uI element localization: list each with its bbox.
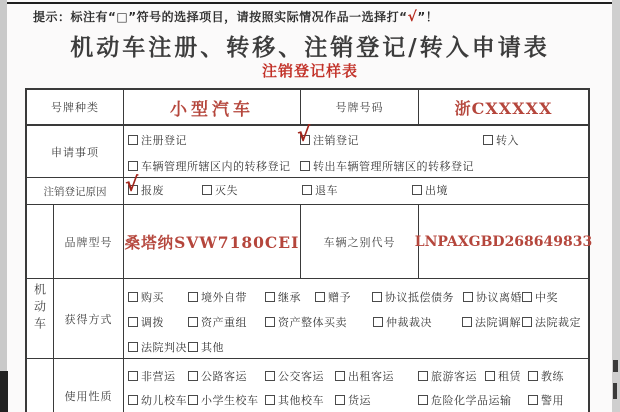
checkbox-icon — [528, 395, 538, 405]
checkbox-icon — [522, 292, 532, 302]
checkbox-icon — [412, 185, 422, 195]
checkbox-option-asset-sale[interactable]: 资产整体买卖 — [265, 314, 347, 330]
checkbox-label: 危险化学品运输 — [431, 392, 512, 408]
checkbox-icon — [188, 292, 198, 302]
option-line: 幼儿校车 小学生校车 其他校车 货运 危险化学品运输 警用 — [123, 392, 588, 408]
checkbox-icon — [188, 371, 198, 381]
checkbox-option-other-school-bus[interactable]: 其他校车 — [265, 392, 324, 408]
checkbox-label: 车辆管理所辖区内的转移登记 — [141, 158, 291, 174]
checkbox-option-inherit[interactable]: 继承 — [265, 289, 301, 305]
checkbox-option-gift[interactable]: 赠予 — [315, 289, 351, 305]
option-line: 法院判决 其他 — [123, 339, 588, 355]
checkbox-option-allocation[interactable]: 调拨 — [128, 314, 164, 330]
form-title: 机动车注册、转移、注销登记/转入申请表 — [0, 29, 620, 62]
checkbox-option-bus-passenger[interactable]: 公交客运 — [265, 368, 324, 384]
checkbox-label: 其他 — [201, 339, 224, 355]
checkbox-label: 法院调解 — [475, 314, 521, 330]
checkbox-option-taxi-passenger[interactable]: 出租客运 — [335, 368, 394, 384]
checkbox-option-kindergarten-bus[interactable]: 幼儿校车 — [128, 392, 187, 408]
brand-model-label: 品牌型号 — [54, 205, 123, 278]
checkbox-option-rental[interactable]: 租赁 — [485, 368, 521, 384]
checkbox-label: 灭失 — [215, 182, 238, 198]
checkbox-icon — [335, 395, 345, 405]
checkbox-option-arbitration[interactable]: 仲裁裁决 — [373, 314, 432, 330]
option-line: 调拨 资产重组 资产整体买卖 仲裁裁决 法院调解 法院裁定 — [123, 314, 588, 330]
form-photo: { "page": { "tip_prefix": "提示：标注有“□”符号的选… — [0, 0, 620, 412]
checkbox-label: 非营运 — [141, 368, 176, 384]
checkbox-icon — [265, 371, 275, 381]
checkbox-option-lottery[interactable]: 中奖 — [522, 289, 558, 305]
checkbox-icon — [188, 317, 198, 327]
checkbox-label: 协议离婚 — [476, 289, 522, 305]
photo-smudge — [613, 360, 618, 372]
checkbox-icon — [128, 161, 138, 171]
form-subtitle: 注销登记样表 — [0, 60, 620, 81]
checkmark-icon: √ — [297, 124, 311, 144]
tip-prefix: 提示：标注有“□”符号的选择项目，请按照实际情况作品一选择打“ — [33, 10, 408, 24]
checkbox-label: 旅游客运 — [431, 368, 477, 384]
checkbox-option-asset-restructure[interactable]: 资产重组 — [188, 314, 247, 330]
checkbox-option-register[interactable]: 注册登记 — [128, 132, 187, 148]
photo-top-rule — [7, 2, 612, 4]
usage-nature-label: 使用性质 — [54, 359, 123, 412]
cancel-reason-options: √报废 灭失 退车 出境 — [123, 177, 588, 204]
vehicle-section-label: 机动车 — [32, 283, 49, 334]
checkbox-label: 出境 — [425, 182, 448, 198]
checkbox-label: 警用 — [541, 392, 564, 408]
vin-value: LNPAXGBD268649833 — [419, 205, 588, 278]
checkbox-label: 公交客运 — [278, 368, 324, 384]
cancel-reason-label: 注销登记原因 — [27, 178, 123, 204]
checkbox-icon: √ — [128, 185, 138, 195]
checkbox-option-freight[interactable]: 货运 — [335, 392, 371, 408]
checkbox-label: 退车 — [315, 182, 338, 198]
checkbox-icon — [483, 135, 493, 145]
checkbox-icon — [302, 185, 312, 195]
plate-number-label: 号牌号码 — [301, 90, 418, 124]
plate-type-value: 小型汽车 — [124, 90, 300, 124]
checkbox-option-transfer-in[interactable]: 转入 — [483, 132, 519, 148]
checkbox-label: 转出车辆管理所辖区的转移登记 — [313, 158, 474, 174]
checkbox-option-court-ruling[interactable]: 法院裁定 — [522, 314, 581, 330]
checkbox-label: 资产整体买卖 — [278, 314, 347, 330]
checkbox-icon — [522, 317, 532, 327]
checkbox-label: 租赁 — [498, 368, 521, 384]
checkbox-icon — [265, 292, 275, 302]
usage-nature-options: 非营运 公路客运 公交客运 出租客运 旅游客运 租赁 教练 幼儿校车 小学生校车… — [123, 358, 588, 412]
checkbox-option-purchase[interactable]: 购买 — [128, 289, 164, 305]
tip-suffix: ”！ — [417, 10, 438, 24]
checkbox-option-exit-country[interactable]: 出境 — [412, 182, 448, 198]
checkbox-option-court-judgment[interactable]: 法院判决 — [128, 339, 187, 355]
tip-text: 提示：标注有“□”符号的选择项目，请按照实际情况作品一选择打“√”！ — [33, 8, 438, 25]
vin-label: 车辆之别代号 — [301, 205, 418, 278]
checkbox-label: 转入 — [496, 132, 519, 148]
checkbox-option-transfer-within[interactable]: 车辆管理所辖区内的转移登记 — [128, 158, 291, 174]
checkbox-option-returned[interactable]: 退车 — [302, 182, 338, 198]
table-border — [588, 88, 590, 412]
checkbox-option-transfer-out[interactable]: 转出车辆管理所辖区的转移登记 — [300, 158, 474, 174]
option-line: 注册登记 √注销登记 转入 — [123, 132, 588, 148]
checkbox-option-police[interactable]: 警用 — [528, 392, 564, 408]
application-items-label: 申请事项 — [27, 126, 123, 177]
checkbox-option-deregister[interactable]: √注销登记 — [300, 132, 359, 148]
obtain-method-label: 获得方式 — [54, 279, 123, 358]
checkbox-option-lost[interactable]: 灭失 — [202, 182, 238, 198]
checkbox-icon — [265, 395, 275, 405]
checkbox-icon — [188, 395, 198, 405]
checkbox-icon — [418, 371, 428, 381]
checkbox-icon — [528, 371, 538, 381]
checkbox-label: 境外自带 — [201, 289, 247, 305]
checkbox-label: 货运 — [348, 392, 371, 408]
checkbox-icon — [265, 317, 275, 327]
application-items-options: 注册登记 √注销登记 转入 车辆管理所辖区内的转移登记 转出车辆管理所辖区的转移… — [123, 125, 588, 177]
checkbox-icon — [202, 185, 212, 195]
checkbox-label: 继承 — [278, 289, 301, 305]
checkbox-icon — [128, 317, 138, 327]
checkbox-label: 法院裁定 — [535, 314, 581, 330]
checkbox-label: 报废 — [141, 182, 164, 198]
checkbox-label: 协议抵偿债务 — [385, 289, 454, 305]
checkbox-option-primary-school-bus[interactable]: 小学生校车 — [188, 392, 259, 408]
photo-smudge — [0, 371, 8, 412]
checkbox-label: 其他校车 — [278, 392, 324, 408]
tip-checkmark-icon: √ — [408, 9, 418, 25]
checkbox-label: 法院判决 — [141, 339, 187, 355]
checkbox-label: 公路客运 — [201, 368, 247, 384]
checkbox-icon — [372, 292, 382, 302]
checkbox-option-non-commercial[interactable]: 非营运 — [128, 368, 176, 384]
checkbox-label: 幼儿校车 — [141, 392, 187, 408]
plate-number-value: 浙CXXXXX — [419, 90, 588, 124]
checkbox-icon: √ — [300, 135, 310, 145]
checkbox-option-tourist-passenger[interactable]: 旅游客运 — [418, 368, 477, 384]
option-line: √报废 灭失 退车 出境 — [123, 182, 588, 198]
checkbox-icon — [335, 371, 345, 381]
option-line: 非营运 公路客运 公交客运 出租客运 旅游客运 租赁 教练 — [123, 368, 588, 384]
checkbox-icon — [373, 317, 383, 327]
checkbox-label: 教练 — [541, 368, 564, 384]
checkbox-label: 出租客运 — [348, 368, 394, 384]
checkbox-label: 调拨 — [141, 314, 164, 330]
checkbox-option-overseas[interactable]: 境外自带 — [188, 289, 247, 305]
checkbox-label: 注销登记 — [313, 132, 359, 148]
plate-type-label: 号牌种类 — [27, 90, 123, 124]
vehicle-section-cell: 机动车 — [27, 205, 53, 412]
checkbox-option-driving-training[interactable]: 教练 — [528, 368, 564, 384]
checkbox-label: 小学生校车 — [201, 392, 259, 408]
checkbox-label: 仲裁裁决 — [386, 314, 432, 330]
checkbox-icon — [128, 292, 138, 302]
checkbox-icon — [463, 292, 473, 302]
checkbox-icon — [418, 395, 428, 405]
brand-model-value: 桑塔纳SVW7180CEI — [124, 205, 300, 278]
checkbox-icon — [128, 371, 138, 381]
checkbox-icon — [188, 342, 198, 352]
option-line: 车辆管理所辖区内的转移登记 转出车辆管理所辖区的转移登记 — [123, 158, 588, 174]
photo-smudge — [613, 383, 617, 399]
checkbox-icon — [128, 135, 138, 145]
checkbox-label: 资产重组 — [201, 314, 247, 330]
checkbox-label: 购买 — [141, 289, 164, 305]
checkbox-icon — [128, 342, 138, 352]
checkmark-icon: √ — [125, 174, 139, 194]
checkbox-icon — [462, 317, 472, 327]
checkbox-label: 赠予 — [328, 289, 351, 305]
checkbox-icon — [485, 371, 495, 381]
checkbox-icon — [315, 292, 325, 302]
option-line: 购买 境外自带 继承 赠予 协议抵偿债务 协议离婚 中奖 — [123, 289, 588, 305]
checkbox-option-debt-settlement[interactable]: 协议抵偿债务 — [372, 289, 454, 305]
checkbox-option-scrapped[interactable]: √报废 — [128, 182, 164, 198]
obtain-method-options: 购买 境外自带 继承 赠予 协议抵偿债务 协议离婚 中奖 调拨 资产重组 资产整… — [123, 278, 588, 358]
checkbox-label: 中奖 — [535, 289, 558, 305]
checkbox-option-highway-passenger[interactable]: 公路客运 — [188, 368, 247, 384]
checkbox-icon — [128, 395, 138, 405]
checkbox-label: 注册登记 — [141, 132, 187, 148]
checkbox-option-hazardous-chemicals[interactable]: 危险化学品运输 — [418, 392, 512, 408]
checkbox-option-court-mediation[interactable]: 法院调解 — [462, 314, 521, 330]
application-table: 号牌种类 小型汽车 号牌号码 浙CXXXXX 申请事项 注册登记 √注销登记 转… — [25, 88, 590, 412]
checkbox-icon — [300, 161, 310, 171]
checkbox-option-divorce-agreement[interactable]: 协议离婚 — [463, 289, 522, 305]
checkbox-option-other[interactable]: 其他 — [188, 339, 224, 355]
